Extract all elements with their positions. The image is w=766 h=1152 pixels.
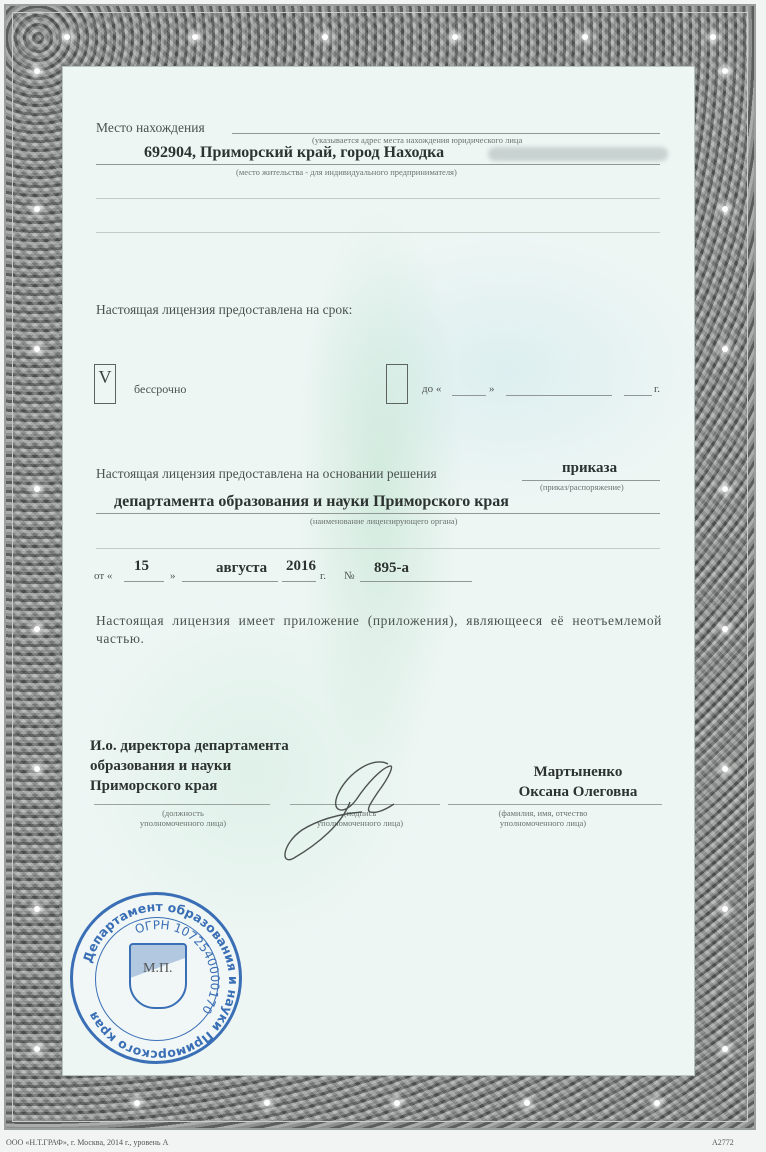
decision-hint: (приказ/распоряжение) bbox=[540, 482, 624, 492]
address-value: 692904, Приморский край, город Находка bbox=[144, 144, 444, 162]
border-ornament bbox=[322, 34, 328, 40]
border-ornament bbox=[34, 766, 40, 772]
border-ornament bbox=[452, 34, 458, 40]
basis-label: Настоящая лицензия предоставлена на осно… bbox=[96, 466, 437, 482]
licensing-authority: департамента образования и науки Приморс… bbox=[114, 493, 509, 511]
number-label: № bbox=[344, 570, 355, 582]
form-code: А2772 bbox=[712, 1138, 734, 1147]
position-hint: (должность уполномоченного лица) bbox=[138, 808, 228, 828]
border-ornament bbox=[34, 906, 40, 912]
border-ornament bbox=[654, 1100, 660, 1106]
border-ornament bbox=[34, 68, 40, 74]
border-ornament bbox=[710, 34, 716, 40]
until-prefix: до « bbox=[422, 383, 441, 395]
signature-mark bbox=[278, 752, 438, 872]
border-ornament bbox=[722, 206, 728, 212]
border-ornament bbox=[34, 486, 40, 492]
seal-mp: М.П. bbox=[143, 961, 173, 977]
border-ornament bbox=[34, 206, 40, 212]
border-ornament bbox=[192, 34, 198, 40]
border-ornament bbox=[524, 1100, 530, 1106]
border-ornament bbox=[34, 626, 40, 632]
decision-number: 895-а bbox=[374, 560, 409, 577]
decision-type: приказа bbox=[562, 460, 617, 477]
authority-hint: (наименование лицензирующего органа) bbox=[310, 516, 458, 526]
signer-name: Мартыненко Оксана Олеговна bbox=[478, 762, 678, 802]
decision-day: 15 bbox=[134, 558, 149, 575]
date-prefix: от « bbox=[94, 570, 112, 582]
border-ornament bbox=[722, 906, 728, 912]
border-ornament bbox=[64, 34, 70, 40]
address-label: Место нахождения bbox=[96, 120, 205, 136]
border-ornament bbox=[722, 346, 728, 352]
border-ornament bbox=[34, 1046, 40, 1052]
until-checkbox[interactable] bbox=[386, 364, 408, 404]
address-hint-individual: (место жительства - для индивидуального … bbox=[236, 167, 457, 177]
year-suffix: г. bbox=[320, 570, 326, 582]
annex-note: Настоящая лицензия имеет приложение (при… bbox=[96, 612, 662, 648]
until-suffix: г. bbox=[654, 383, 660, 395]
printer-info: ООО «Н.Т.ГРАФ», г. Москва, 2014 г., уров… bbox=[6, 1138, 168, 1147]
name-line: Оксана Олеговна bbox=[478, 782, 678, 802]
official-seal: Департамент образования и науки Приморск… bbox=[70, 892, 242, 1064]
redacted-address bbox=[488, 147, 668, 161]
border-ornament bbox=[722, 766, 728, 772]
date-mid: » bbox=[170, 570, 176, 582]
decision-year: 2016 bbox=[286, 558, 316, 575]
name-hint: (фамилия, имя, отчество уполномоченного … bbox=[478, 808, 608, 828]
term-label: Настоящая лицензия предоставлена на срок… bbox=[96, 302, 352, 318]
border-ornament bbox=[582, 34, 588, 40]
until-mid: » bbox=[489, 383, 495, 395]
border-ornament bbox=[394, 1100, 400, 1106]
border-ornament bbox=[722, 68, 728, 74]
border-ornament bbox=[722, 486, 728, 492]
decision-month: августа bbox=[216, 560, 267, 577]
unlimited-label: бессрочно bbox=[134, 382, 186, 397]
name-line: Мартыненко bbox=[478, 762, 678, 782]
unlimited-checkbox[interactable]: V bbox=[94, 364, 116, 404]
border-ornament bbox=[722, 626, 728, 632]
border-ornament bbox=[134, 1100, 140, 1106]
border-ornament bbox=[722, 1046, 728, 1052]
border-ornament bbox=[264, 1100, 270, 1106]
border-ornament bbox=[34, 346, 40, 352]
